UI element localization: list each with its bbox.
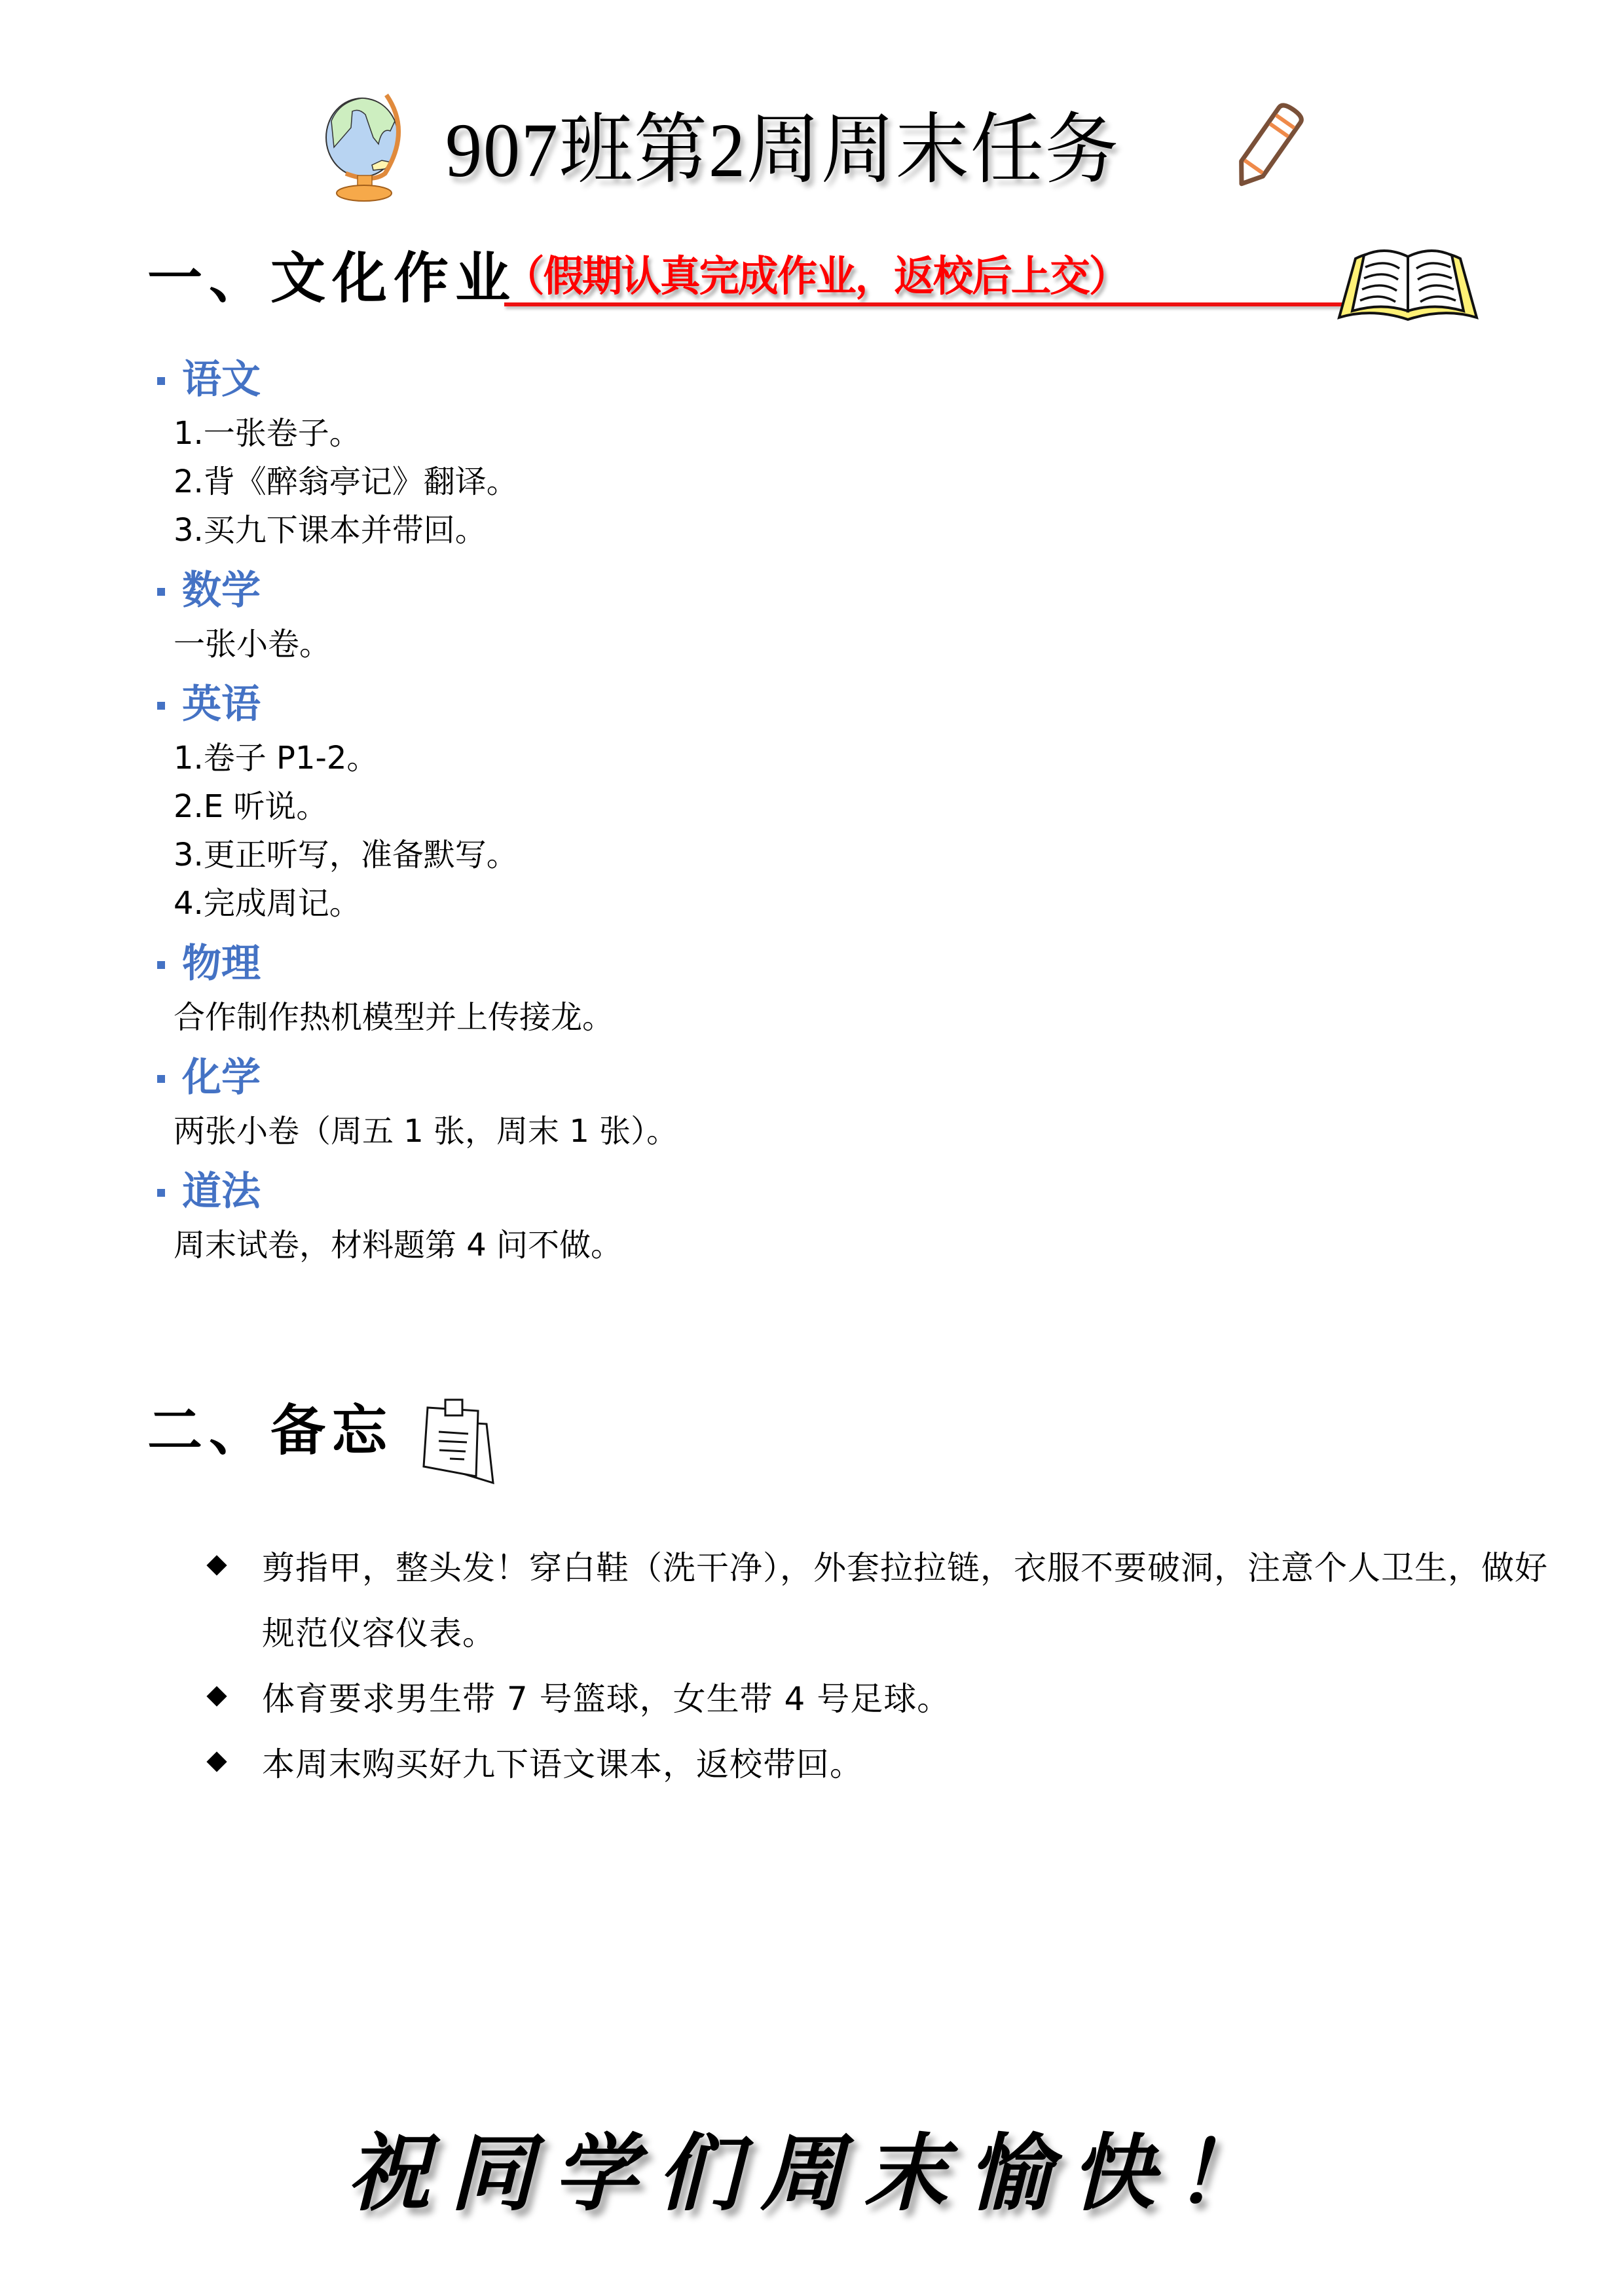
page-title: 907班第2周周末任务 <box>445 105 1120 196</box>
square-bullet-icon <box>157 702 165 710</box>
square-bullet-icon <box>157 377 165 385</box>
task-line: 3.买九下课本并带回。 <box>174 506 1467 555</box>
memo-item: 本周末购买好九下语文课本，返校带回。 <box>203 1732 1552 1797</box>
memo-note-icon <box>416 1394 501 1486</box>
diamond-bullet-icon <box>206 1555 227 1575</box>
diamond-bullet-icon <box>206 1686 227 1706</box>
section-2-header: 二、备忘 <box>147 1394 540 1486</box>
task-line: 两张小卷（周五 1 张，周末 1 张）。 <box>174 1107 1467 1156</box>
globe-icon <box>320 92 418 203</box>
subject-chemistry: 化学 两张小卷（周五 1 张，周末 1 张）。 <box>157 1048 1467 1156</box>
square-bullet-icon <box>157 1189 165 1197</box>
section-1-note: （假期认真完成作业，返校后上交） <box>504 247 1128 306</box>
section-1-note-underline <box>504 302 1447 306</box>
square-bullet-icon <box>157 588 165 596</box>
square-bullet-icon <box>157 1075 165 1083</box>
memo-text: 本周末购买好九下语文课本，返校带回。 <box>262 1732 1552 1797</box>
subject-physics: 物理 合作制作热机模型并上传接龙。 <box>157 934 1467 1042</box>
section-1-header: 一、文化作业 （假期认真完成作业，返校后上交） <box>147 242 1522 314</box>
task-line: 合作制作热机模型并上传接龙。 <box>174 993 1467 1042</box>
task-line: 4.完成周记。 <box>174 879 1467 928</box>
memo-item: 剪指甲，整头发！穿白鞋（洗干净），外套拉拉链，衣服不要破洞，注意个人卫生，做好规… <box>203 1535 1552 1666</box>
memo-list: 剪指甲，整头发！穿白鞋（洗干净），外套拉拉链，衣服不要破洞，注意个人卫生，做好规… <box>203 1535 1552 1797</box>
subject-chinese: 语文 1.一张卷子。 2.背《醉翁亭记》翻译。 3.买九下课本并带回。 <box>157 350 1467 555</box>
open-book-icon <box>1326 242 1490 324</box>
task-line: 2.背《醉翁亭记》翻译。 <box>174 458 1467 506</box>
task-line: 2.E 听说。 <box>174 782 1467 831</box>
task-line: 1.一张卷子。 <box>174 409 1467 458</box>
subject-name: 数学 <box>182 561 261 620</box>
title-row: 907班第2周周末任务 <box>0 92 1624 210</box>
subject-morality-law: 道法 周末试卷，材料题第 4 问不做。 <box>157 1162 1467 1269</box>
farewell-message: 祝同学们周末愉快！ <box>0 2121 1624 2226</box>
memo-text: 体育要求男生带 7 号篮球，女生带 4 号足球。 <box>262 1666 1552 1732</box>
pencil-icon <box>1225 101 1310 193</box>
memo-item: 体育要求男生带 7 号篮球，女生带 4 号足球。 <box>203 1666 1552 1732</box>
task-line: 一张小卷。 <box>174 620 1467 668</box>
section-2-title: 二、备忘 <box>147 1394 394 1467</box>
subject-math: 数学 一张小卷。 <box>157 561 1467 668</box>
task-line: 1.卷子 P1-2。 <box>174 734 1467 782</box>
subject-english: 英语 1.卷子 P1-2。 2.E 听说。 3.更正听写，准备默写。 4.完成周… <box>157 675 1467 928</box>
square-bullet-icon <box>157 961 165 969</box>
diamond-bullet-icon <box>206 1751 227 1772</box>
task-line: 周末试卷，材料题第 4 问不做。 <box>174 1221 1467 1269</box>
memo-text: 剪指甲，整头发！穿白鞋（洗干净），外套拉拉链，衣服不要破洞，注意个人卫生，做好规… <box>262 1535 1552 1666</box>
subject-name: 语文 <box>182 350 261 409</box>
subject-name: 化学 <box>182 1048 261 1107</box>
section-1-title: 一、文化作业 <box>147 242 517 314</box>
subject-name: 道法 <box>182 1162 261 1221</box>
task-line: 3.更正听写，准备默写。 <box>174 831 1467 879</box>
subject-name: 物理 <box>182 934 261 993</box>
subject-list: 语文 1.一张卷子。 2.背《醉翁亭记》翻译。 3.买九下课本并带回。 数学 一… <box>157 350 1467 1269</box>
subject-name: 英语 <box>182 675 261 734</box>
